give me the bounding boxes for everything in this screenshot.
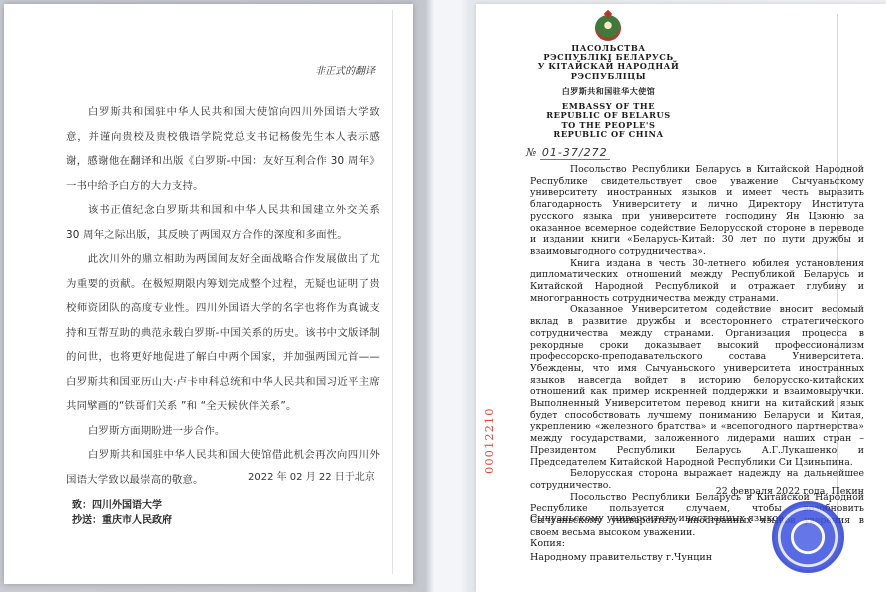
original-letter-page: ПАСОЛЬСТВА РЭСПУБЛІКІ БЕЛАРУСЬ У КІТАЙСК…	[476, 4, 886, 592]
letterhead-line: РЭСПУБЛІЦЫ	[536, 72, 681, 81]
paragraph: 白罗斯共和国驻中华人民共和国大使馆向四川外国语大学致意，并谨向贵校及贵校俄语学院…	[66, 100, 380, 198]
letterhead-belarusian: ПАСОЛЬСТВА РЭСПУБЛІКІ БЕЛАРУСЬ У КІТАЙСК…	[536, 44, 681, 81]
unofficial-translation-label: 非正式的翻译	[315, 62, 375, 77]
page-edge-line	[392, 10, 393, 574]
paragraph: Оказанное Университетом содействие вноси…	[530, 304, 864, 468]
paragraph: 白罗斯方面期盼进一步合作。	[66, 419, 380, 444]
date-place: 2022 年 02 月 22 日于北京	[248, 468, 375, 483]
paragraph: Посольство Республики Беларусь в Китайск…	[530, 164, 864, 258]
letterhead-line: REPUBLIC OF CHINA	[536, 130, 681, 139]
copy-label: Копия:	[530, 537, 712, 551]
copy-to: Копия: Народному правительству г.Чунцин	[530, 537, 712, 565]
recipients: 致：四川外国语大学 抄送：重庆市人民政府	[72, 498, 172, 528]
carbon-copy: 抄送：重庆市人民政府	[72, 513, 172, 528]
letterhead-english: EMBASSY OF THE REPUBLIC OF BELARUS TO TH…	[536, 102, 681, 139]
translation-page: 非正式的翻译 白罗斯共和国驻中华人民共和国大使馆向四川外国语大学致意，并谨向贵校…	[4, 4, 413, 584]
embassy-seal-icon	[772, 501, 844, 573]
addressee: 致：四川外国语大学	[72, 498, 172, 513]
handwritten-reg-number: 01-37/272	[540, 146, 610, 160]
paragraph: Книга издана в честь 30-летнего юбилея у…	[530, 258, 864, 305]
date-place: 22 февраля 2022 года, Пекин	[716, 486, 864, 497]
registration-number: № 01-37/272	[526, 146, 610, 159]
belarus-coat-of-arms-icon	[595, 15, 621, 41]
number-sign: №	[526, 146, 536, 159]
paragraph: 此次川外的鼎立相助为两国间友好全面战略合作发展做出了尤为重要的贡献。在极短期限内…	[66, 247, 380, 419]
serial-number: 00012210	[482, 407, 496, 474]
addressee: Сычуаньскому университету иностранных яз…	[530, 513, 784, 524]
letter-body: Посольство Республики Беларусь в Китайск…	[530, 164, 864, 539]
copy-recipient: Народному правительству г.Чунцин	[530, 551, 712, 565]
paragraph: 该书正值纪念白罗斯共和国和中华人民共和国建立外交关系 30 周年之际出版，其反映…	[66, 198, 380, 247]
letterhead-chinese: 白罗斯共和国驻华大使馆	[536, 86, 681, 97]
translation-body: 白罗斯共和国驻中华人民共和国大使馆向四川外国语大学致意，并谨向贵校及贵校俄语学院…	[66, 100, 380, 492]
